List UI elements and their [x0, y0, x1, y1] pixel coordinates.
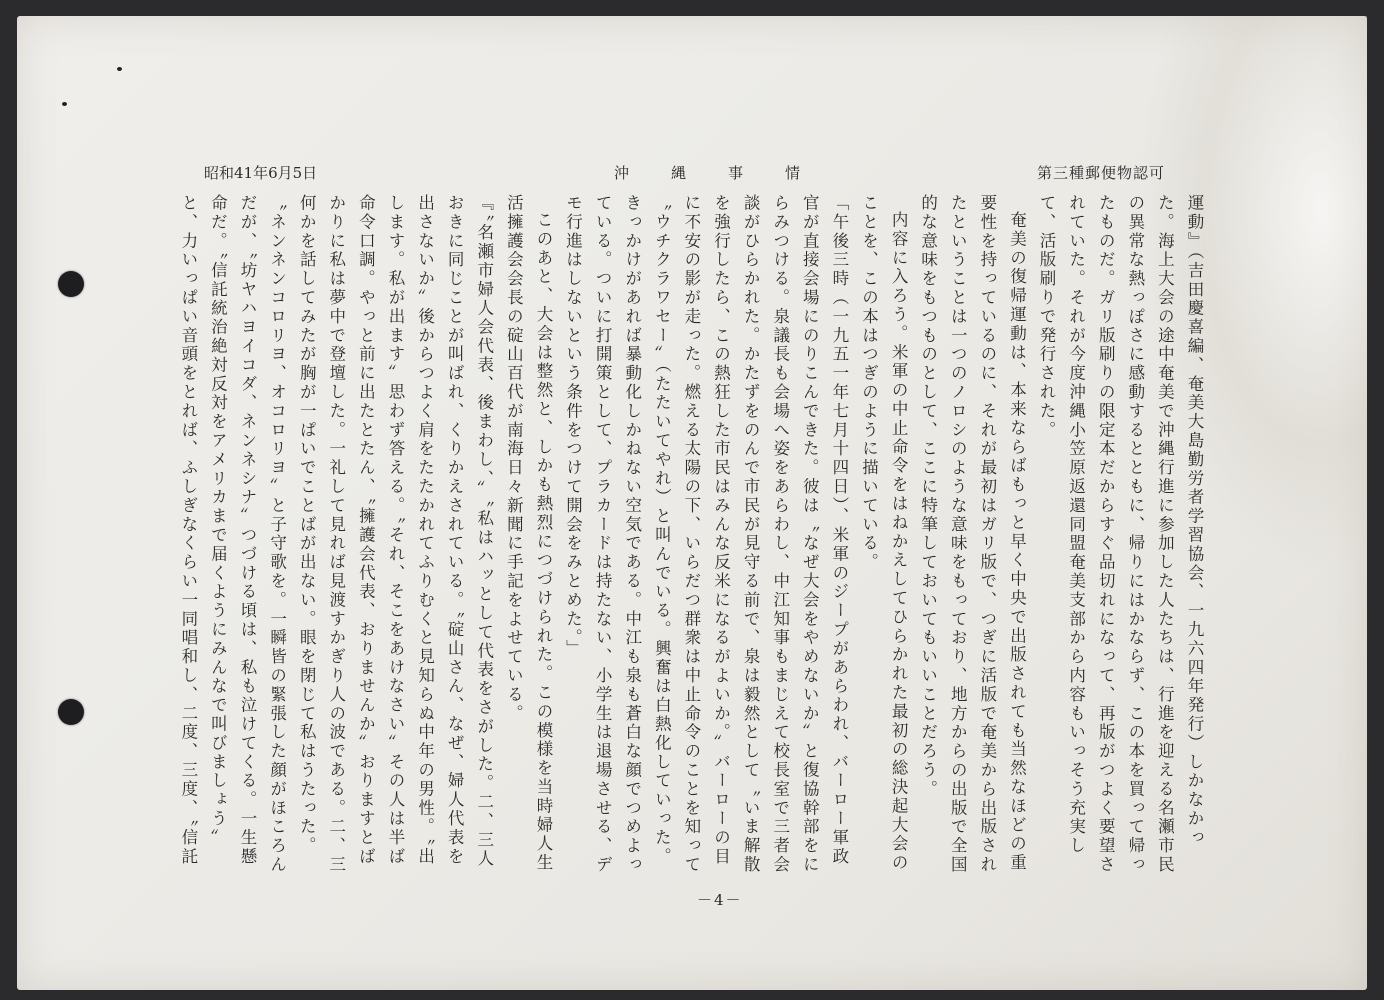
paragraph: 運動』（吉田慶喜編、奄美大島勤労者学習協会、一九六四年発行）しかなかった。海上大…	[1031, 194, 1209, 880]
paragraph: このあと、大会は整然と、しかも熱烈につづけられた。この模様を当時婦人生活擁護会会…	[499, 194, 558, 880]
pin-hole	[62, 102, 67, 106]
header-date: 昭和41年6月5日	[204, 162, 317, 183]
paragraph: 『〝名瀬市婦人会代表、後まわし、〟〝私はハッとして代表をさがした。二、三人おきに…	[169, 194, 499, 880]
page-number: －4－	[697, 889, 743, 910]
header-title: 沖縄事情	[614, 162, 842, 183]
paragraph: 奄美の復帰運動は、本来ならばもっと早く中央で出版されても当然なほどの重要性を持っ…	[913, 194, 1031, 880]
binder-hole-top	[58, 271, 84, 297]
document-page: 昭和41年6月5日 沖縄事情 第三種郵便物認可 運動』（吉田慶喜編、奄美大島勤労…	[17, 16, 1367, 990]
paragraph: 「午後三時（一九五一年七月十四日）、米軍のジープがあらわれ、バーロー軍政官が直接…	[558, 194, 854, 880]
article-body: 運動』（吉田慶喜編、奄美大島勤労者学習協会、一九六四年発行）しかなかった。海上大…	[169, 194, 1209, 880]
paragraph: 内容に入ろう。米軍の中止命令をはねかえしてひらかれた最初の総決起大会のことを、こ…	[854, 194, 913, 880]
binder-hole-bottom	[58, 699, 84, 725]
pin-hole	[117, 67, 122, 71]
header-postal-permit: 第三種郵便物認可	[1037, 162, 1165, 183]
